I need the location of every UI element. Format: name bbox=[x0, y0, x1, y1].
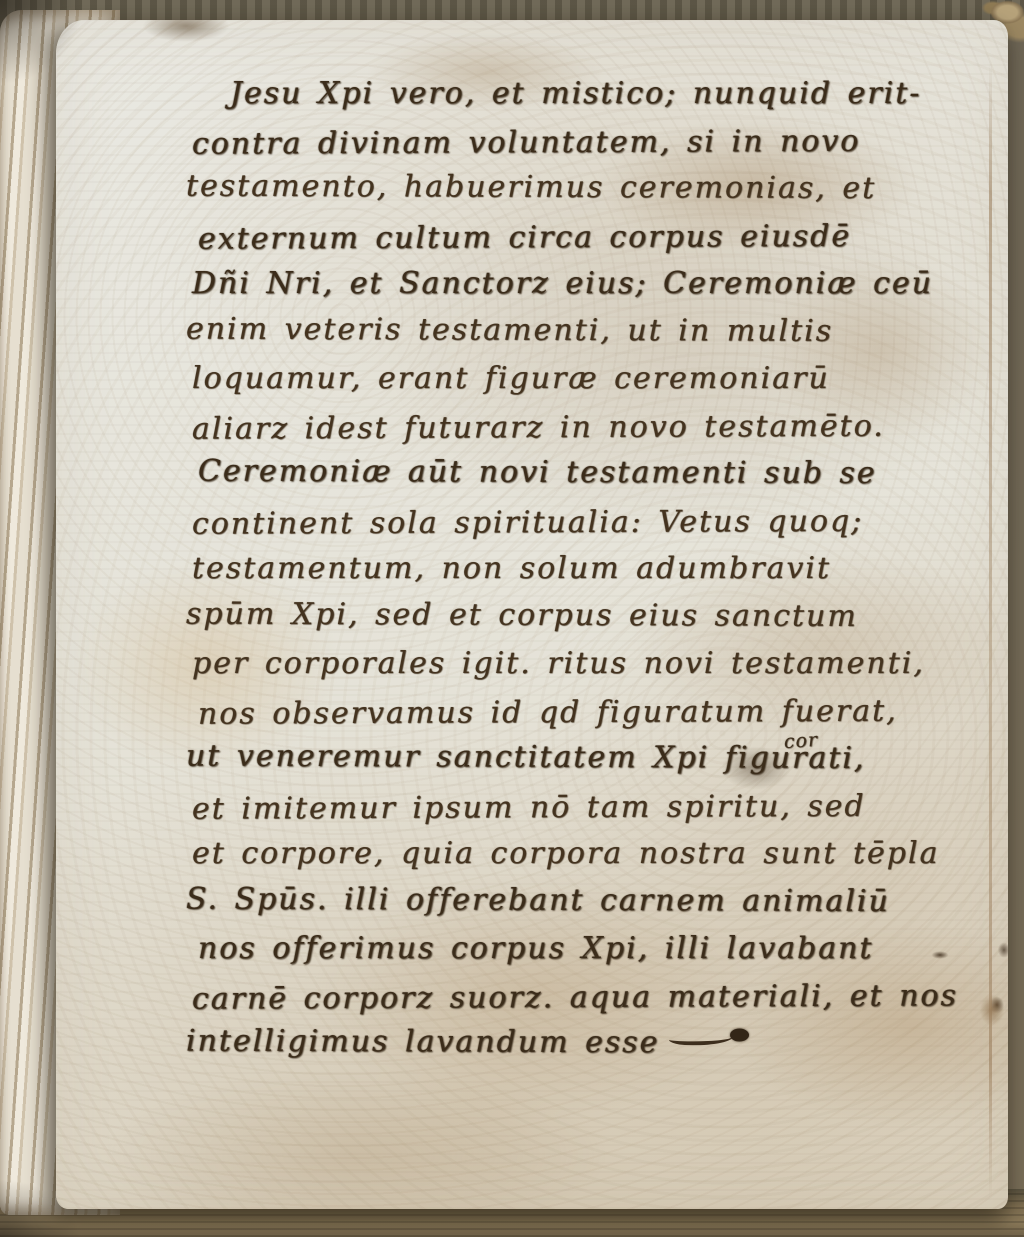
manuscript-line: externum cultum circa corpus eiusdē bbox=[184, 212, 994, 263]
manuscript-line: Dñi Nri, et Sanctorz eius; Ceremoniæ ceū bbox=[184, 260, 994, 308]
manuscript-line: nos offerimus corpus Xpi, illi lavabant bbox=[184, 925, 994, 973]
manuscript-line: carnē corporz suorz. aqua materiali, et … bbox=[184, 972, 994, 1023]
manuscript-photo: Jesu Xpi vero, et mistico; nunquid erit-… bbox=[0, 0, 1024, 1237]
manuscript-line: nos observamus id qd figuratum fuerat, bbox=[184, 687, 994, 738]
manuscript-line: Jesu Xpi vero, et mistico; nunquid erit- bbox=[184, 70, 994, 118]
manuscript-line: S. Spūs. illi offerebant carnem animaliū bbox=[184, 875, 994, 925]
manuscript-line: testamento, habuerimus ceremonias, et bbox=[184, 163, 994, 213]
interlinear-correction: cor bbox=[782, 717, 819, 767]
manuscript-line: aliarz idest futurarz in novo testamēto. bbox=[184, 402, 994, 453]
manuscript-line-text: intelligimus lavandum esse bbox=[186, 1024, 660, 1061]
ink-flourish bbox=[669, 1031, 733, 1045]
photo-corner-shadow bbox=[0, 0, 120, 140]
manuscript-text-block: Jesu Xpi vero, et mistico; nunquid erit-… bbox=[184, 70, 994, 1068]
manuscript-line: contra divinam voluntatem, si in novo bbox=[184, 117, 994, 168]
manuscript-line: Ceremoniæ aūt novi testamenti sub se bbox=[184, 448, 994, 498]
photo-corner-shadow bbox=[0, 1147, 120, 1237]
manuscript-page: Jesu Xpi vero, et mistico; nunquid erit-… bbox=[56, 20, 1008, 1209]
manuscript-line: intelligimus lavandum esse bbox=[184, 1018, 994, 1068]
manuscript-line: enim veteris testamenti, ut in multis bbox=[184, 305, 994, 355]
manuscript-line: et imitemur ipsum nō tam spiritu, sed bbox=[184, 782, 994, 833]
manuscript-line: spūm Xpi, sed et corpus eius sanctum bbox=[184, 590, 994, 640]
manuscript-line: testamentum, non solum adumbravit bbox=[184, 545, 994, 593]
manuscript-line: ut veneremur sanctitatem Xpi figurati, bbox=[184, 733, 994, 783]
manuscript-line: loquamur, erant figuræ ceremoniarū bbox=[184, 355, 994, 403]
manuscript-line: per corporales igit. ritus novi testamen… bbox=[184, 640, 994, 688]
manuscript-line: et corpore, quia corpora nostra sunt tēp… bbox=[184, 830, 994, 878]
manuscript-line: continent sola spiritualia: Vetus quoq; bbox=[184, 497, 994, 548]
